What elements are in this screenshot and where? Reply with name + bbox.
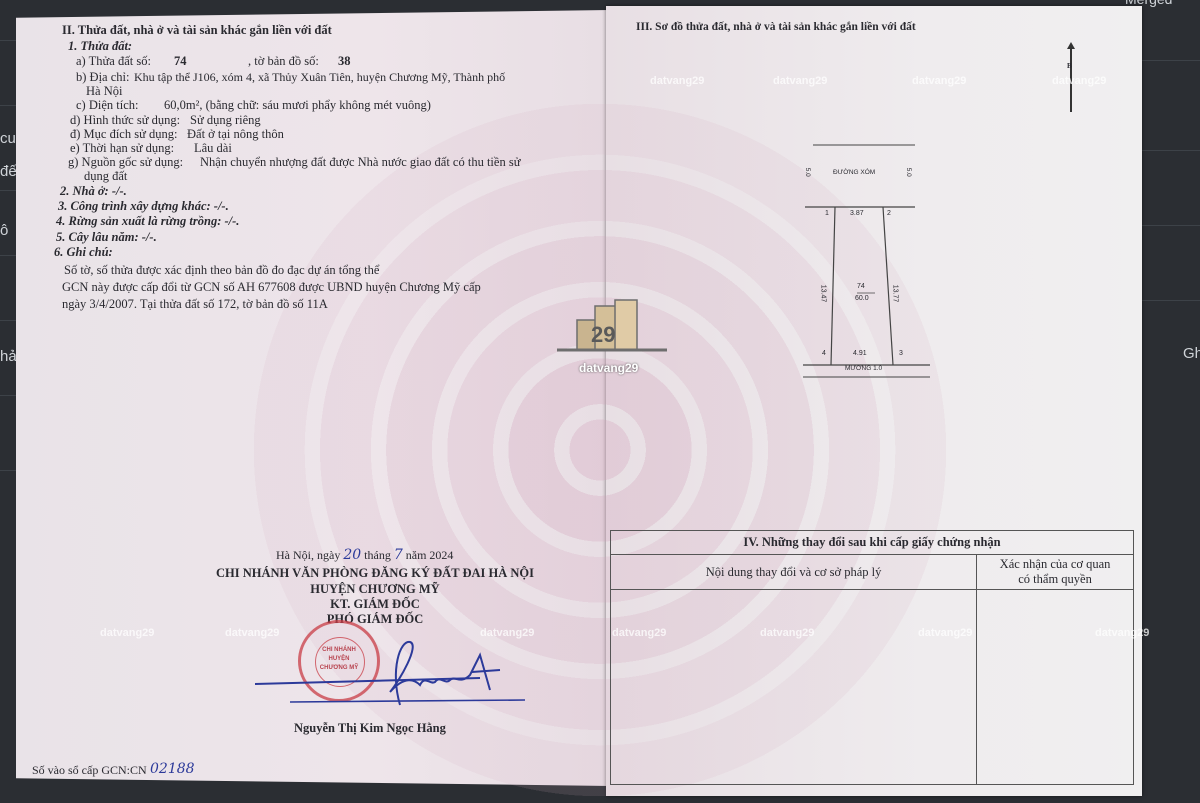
watermark: datvang29 — [100, 627, 154, 639]
registry-label: Số vào sổ cấp GCN:CN — [32, 764, 147, 776]
other-construction-item: 3. Công trình xây dựng khác: -/-. — [58, 200, 229, 213]
col2-line1: Xác nhận của cơ quan — [1000, 557, 1111, 571]
parcel-value: 74 — [174, 55, 187, 68]
year-label: năm 2024 — [406, 548, 454, 562]
date-day: 20 — [343, 547, 361, 563]
watermark: datvang29 — [773, 75, 827, 87]
logo-text: datvang29 — [579, 362, 638, 374]
purpose-label: đ) Mục đích sử dụng: — [70, 128, 177, 141]
watermark: datvang29 — [912, 75, 966, 87]
watermark: datvang29 — [225, 627, 279, 639]
corner-2: 2 — [887, 210, 891, 217]
divider — [1140, 300, 1200, 301]
col-header-changes: Nội dung thay đổi và cơ sở pháp lý — [611, 555, 977, 590]
road-width-left: 5.0 — [803, 168, 810, 177]
col2-line2: có thẩm quyền — [1018, 572, 1092, 586]
parcel-label: a) Thửa đất số: — [76, 55, 151, 68]
watermark: datvang29 — [612, 627, 666, 639]
watermark: datvang29 — [918, 627, 972, 639]
term-value: Lâu dài — [194, 142, 232, 155]
changes-table: IV. Những thay đổi sau khi cấp giấy chứn… — [610, 530, 1134, 785]
corner-3: 3 — [899, 350, 903, 357]
road-width-right: 5.0 — [904, 168, 911, 177]
watermark: datvang29 — [760, 627, 814, 639]
north-label: B — [1067, 63, 1072, 70]
notes-heading: 6. Ghi chú: — [54, 246, 113, 259]
forest-item: 4. Rừng sản xuất là rừng trồng: -/-. — [56, 215, 239, 228]
signing-date: Hà Nội, ngày 20 tháng 7 năm 2024 — [276, 548, 453, 562]
edge-top: 3.87 — [850, 210, 864, 217]
area-value: 60,0m², (bằng chữ: sáu mươi phẩy không m… — [164, 99, 431, 112]
changes-cell-empty — [611, 590, 977, 785]
house-item: 2. Nhà ở: -/-. — [60, 185, 127, 198]
role-line1: KT. GIÁM ĐỐC — [190, 598, 560, 611]
origin-line1: Nhận chuyển nhượng đất được Nhà nước gia… — [200, 156, 520, 169]
land-heading: 1. Thửa đất: — [68, 40, 132, 53]
edge-right: 13.77 — [891, 285, 898, 303]
divider — [1140, 150, 1200, 151]
registry-number: 02188 — [150, 762, 195, 776]
bg-text: Gh — [1183, 345, 1200, 362]
address-line2: Hà Nội — [86, 85, 122, 98]
notes-line: ngày 3/4/2007. Tại thửa đất số 172, tờ b… — [62, 298, 328, 311]
purpose-value: Đất ở tại nông thôn — [187, 128, 284, 141]
corner-4: 4 — [822, 350, 826, 357]
watermark: datvang29 — [1095, 627, 1149, 639]
form-label: d) Hình thức sử dụng: — [70, 114, 180, 127]
origin-line2: dụng đất — [84, 170, 127, 183]
road-label: ĐƯỜNG XÓM — [833, 170, 875, 177]
map-sheet-value: 38 — [338, 55, 351, 68]
parcel-area: 60.0 — [855, 295, 869, 302]
confirmation-cell-empty — [977, 590, 1134, 785]
signer-name: Nguyễn Thị Kim Ngọc Hằng — [294, 722, 446, 735]
col-header-confirmation: Xác nhận của cơ quan có thẩm quyền — [977, 555, 1134, 590]
form-value: Sử dụng riêng — [190, 114, 261, 127]
map-sheet-label: , tờ bản đồ số: — [248, 55, 319, 68]
bg-text: ô — [0, 222, 8, 239]
divider — [1140, 225, 1200, 226]
role-line2: PHÓ GIÁM ĐỐC — [190, 613, 560, 626]
section-iii-title: III. Sơ đồ thửa đất, nhà ở và tài sản kh… — [636, 22, 916, 34]
datvang-logo: 29 datvang29 — [555, 298, 670, 378]
address-line1: Khu tập thể J106, xóm 4, xã Thủy Xuân Ti… — [134, 71, 505, 83]
term-label: e) Thời hạn sử dụng: — [70, 142, 174, 155]
section-iv-title: IV. Những thay đổi sau khi cấp giấy chứn… — [611, 531, 1134, 555]
notes-line: Số tờ, số thửa được xác định theo bản đồ… — [64, 264, 379, 277]
logo-number: 29 — [591, 324, 615, 346]
date-month: 7 — [394, 547, 403, 563]
area-label: c) Diện tích: — [76, 99, 138, 112]
edge-left: 13.47 — [819, 285, 826, 303]
ditch-label: MƯƠNG 1.0 — [845, 366, 882, 373]
watermark: datvang29 — [480, 627, 534, 639]
watermark: datvang29 — [1052, 75, 1106, 87]
address-label: b) Địa chỉ: — [76, 71, 129, 84]
origin-label: g) Nguồn gốc sử dụng: — [68, 156, 183, 169]
watermark: datvang29 — [650, 75, 704, 87]
signature — [250, 630, 540, 710]
divider — [1140, 60, 1200, 61]
edge-bottom: 4.91 — [853, 350, 867, 357]
month-label: tháng — [364, 548, 391, 562]
corner-1: 1 — [825, 210, 829, 217]
date-prefix: Hà Nội, ngày — [276, 548, 340, 562]
perennial-item: 5. Cây lâu năm: -/-. — [56, 231, 157, 244]
parcel-number: 74 — [857, 283, 865, 290]
org-line1: CHI NHÁNH VĂN PHÒNG ĐĂNG KÝ ĐẤT ĐAI HÀ N… — [190, 567, 560, 580]
notes-line: GCN này được cấp đổi từ GCN số AH 677608… — [62, 281, 481, 294]
org-line2: HUYỆN CHƯƠNG MỸ — [190, 583, 560, 596]
section-ii-title: II. Thửa đất, nhà ở và tài sản khác gắn … — [62, 24, 332, 37]
